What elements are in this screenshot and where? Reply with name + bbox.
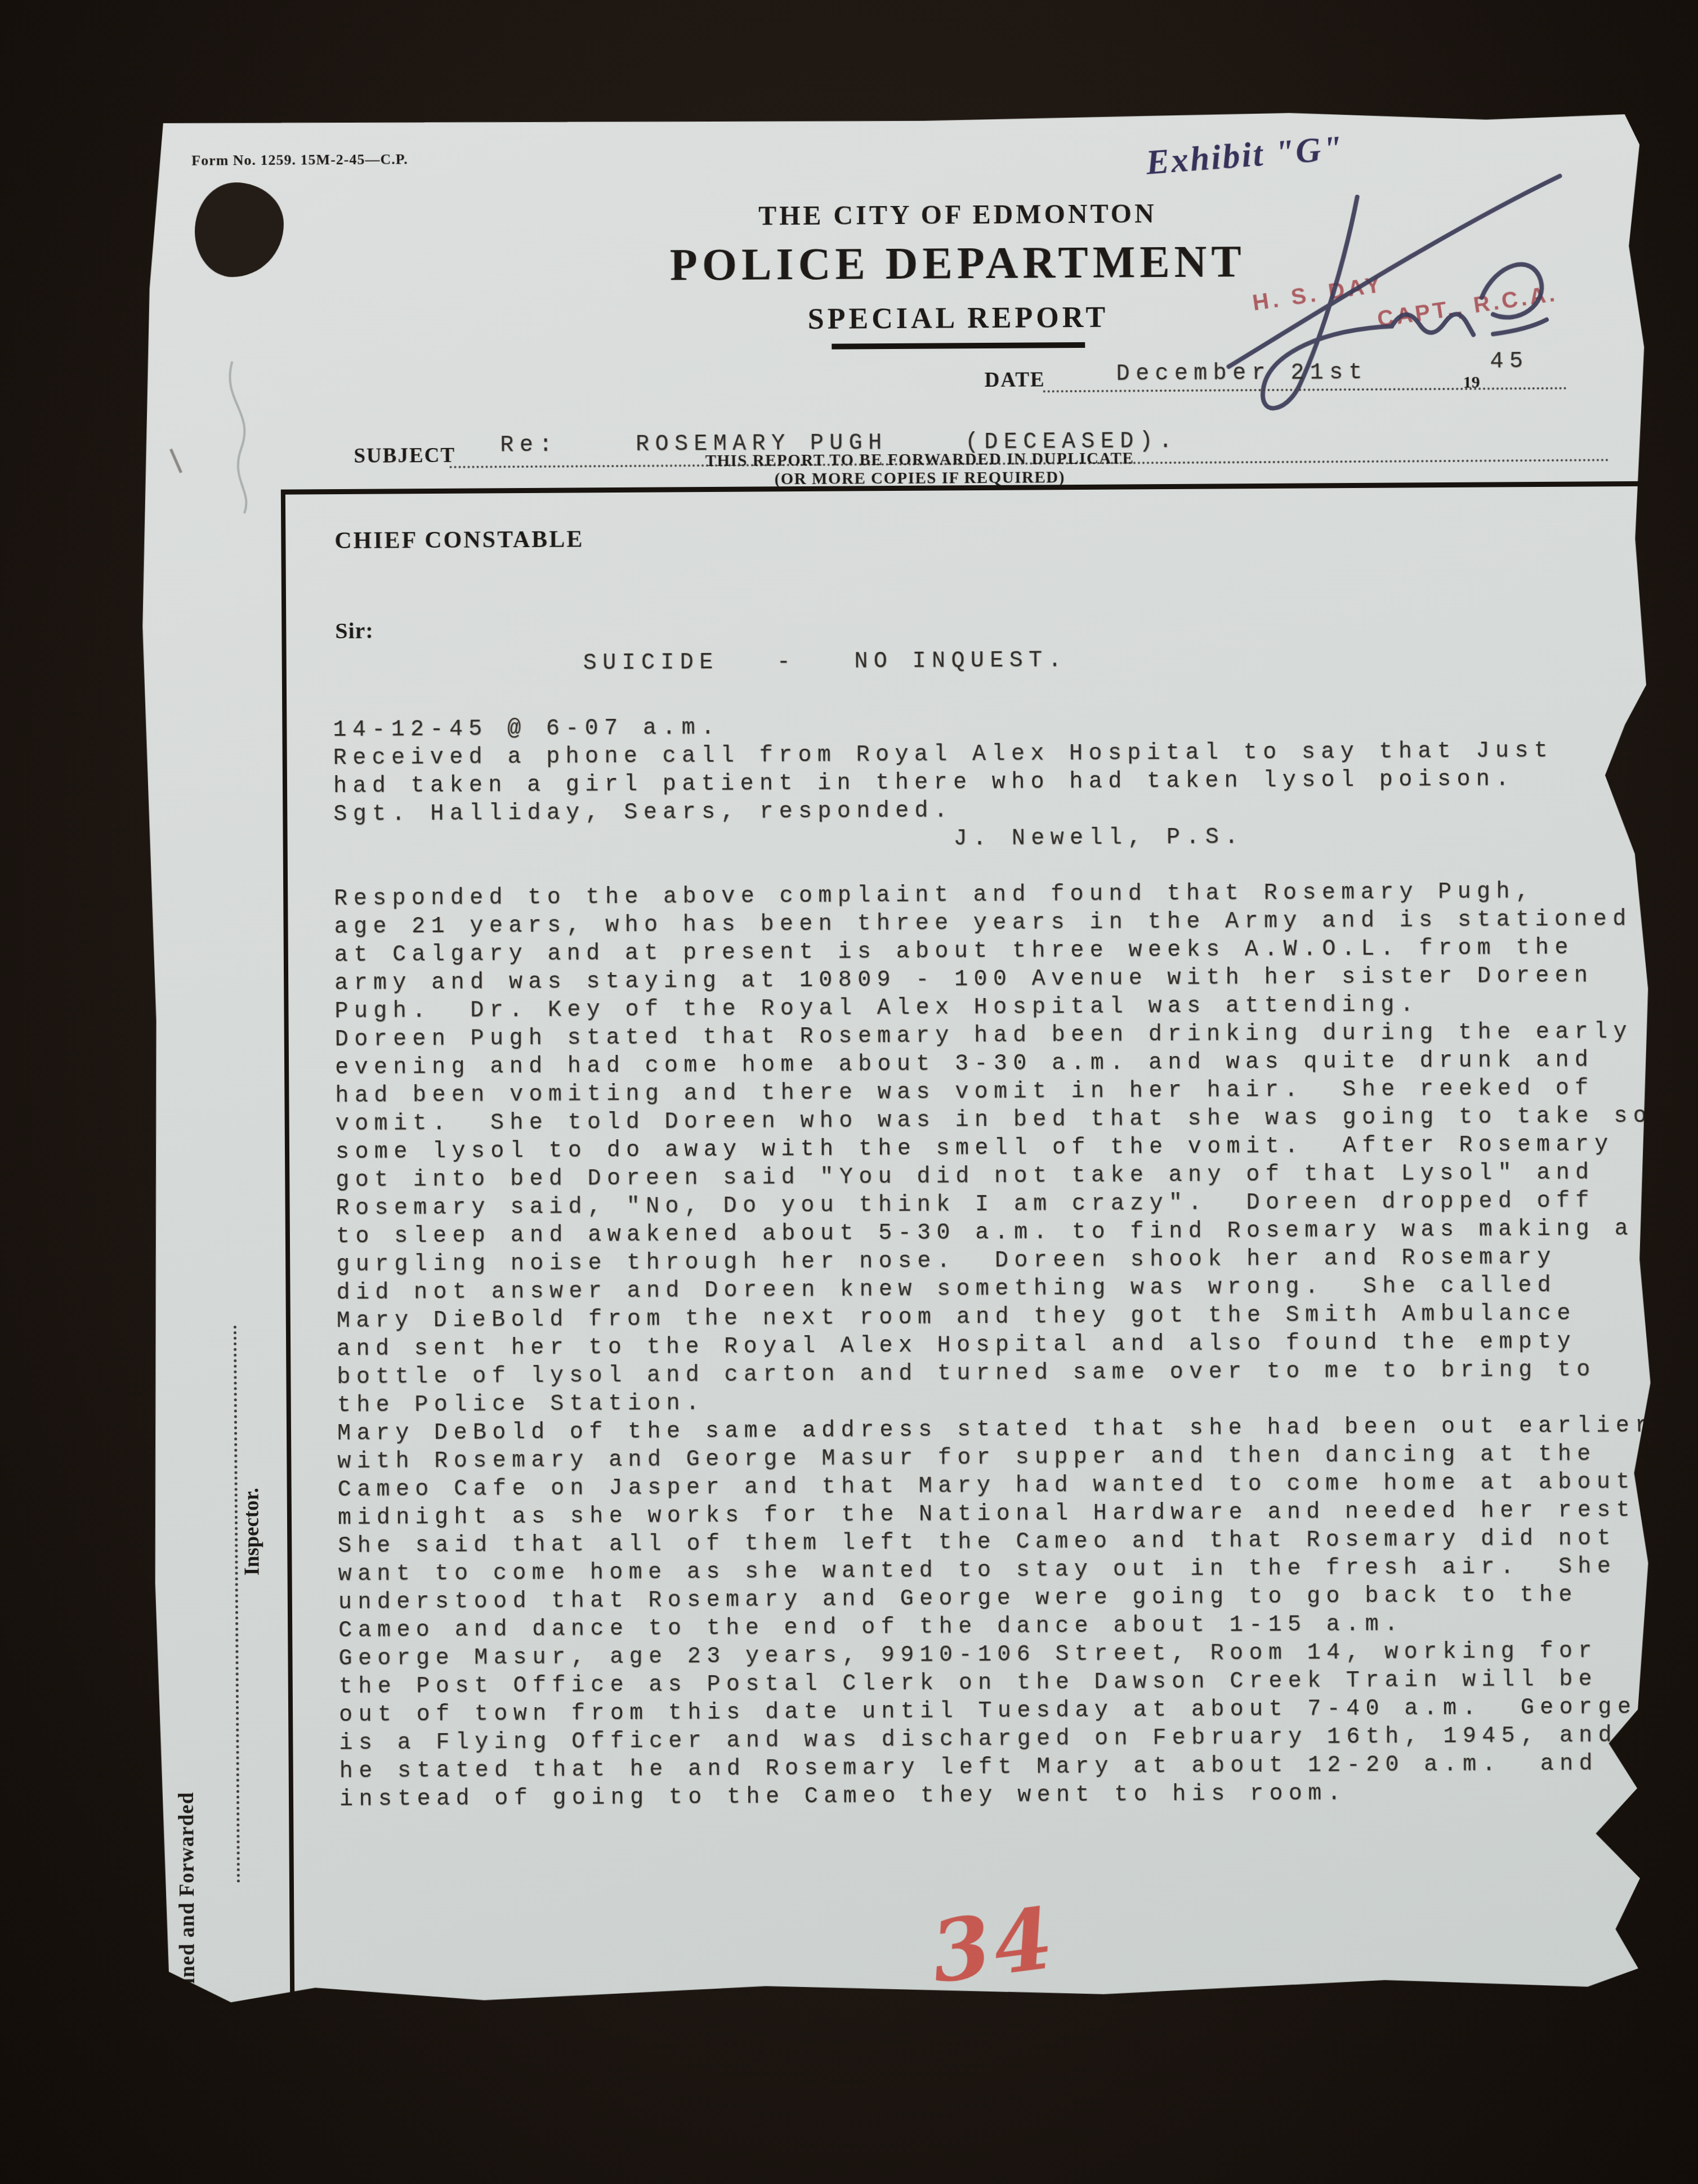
pencil-scratch-marks — [159, 333, 340, 548]
forwarding-note-line1: THIS REPORT TO BE FORWARDED IN DUPLICATE — [638, 449, 1201, 471]
inspector-signature-block: Inspector. — [215, 1325, 266, 1883]
photo-backdrop: Form No. 1259. 15M-2-45—C.P. THE CITY OF… — [0, 0, 1698, 2184]
report-body: 14-12-45 @ 6-07 a.m. Received a phone ca… — [333, 709, 1676, 1814]
year-value: 45 — [1490, 348, 1529, 376]
subject-label: SUBJECT — [354, 444, 455, 468]
date-value: December 21st — [1116, 359, 1368, 389]
department-title: POLICE DEPARTMENT — [648, 236, 1268, 292]
hole-punch-mark — [194, 182, 284, 278]
report-heading: SUICIDE - NO INQUEST. — [583, 647, 1067, 678]
crayon-page-number: 34 — [926, 1892, 1061, 1998]
org-name: THE CITY OF EDMONTON — [648, 198, 1267, 232]
margin-examined-label: Examined and Forwarded — [174, 1700, 200, 2038]
signature-ink — [1177, 127, 1686, 479]
subtitle-underline — [832, 342, 1085, 350]
report-type-subtitle: SPECIAL REPORT — [649, 300, 1268, 337]
form-number: Form No. 1259. 15M-2-45—C.P. — [191, 151, 408, 169]
salutation: Sir: — [335, 617, 374, 644]
inspector-dotted-line — [215, 1325, 240, 1882]
report-paper: Form No. 1259. 15M-2-45—C.P. THE CITY OF… — [135, 111, 1655, 2006]
form-header: THE CITY OF EDMONTON POLICE DEPARTMENT S… — [648, 198, 1268, 351]
content-box-left-rule — [281, 490, 294, 1999]
forwarding-note: THIS REPORT TO BE FORWARDED IN DUPLICATE… — [638, 449, 1201, 490]
inspector-label: Inspector. — [239, 1325, 265, 1576]
addressee: CHIEF CONSTABLE — [334, 526, 584, 554]
date-label: DATE — [985, 368, 1045, 392]
year-prefix: 19 — [1463, 373, 1480, 392]
